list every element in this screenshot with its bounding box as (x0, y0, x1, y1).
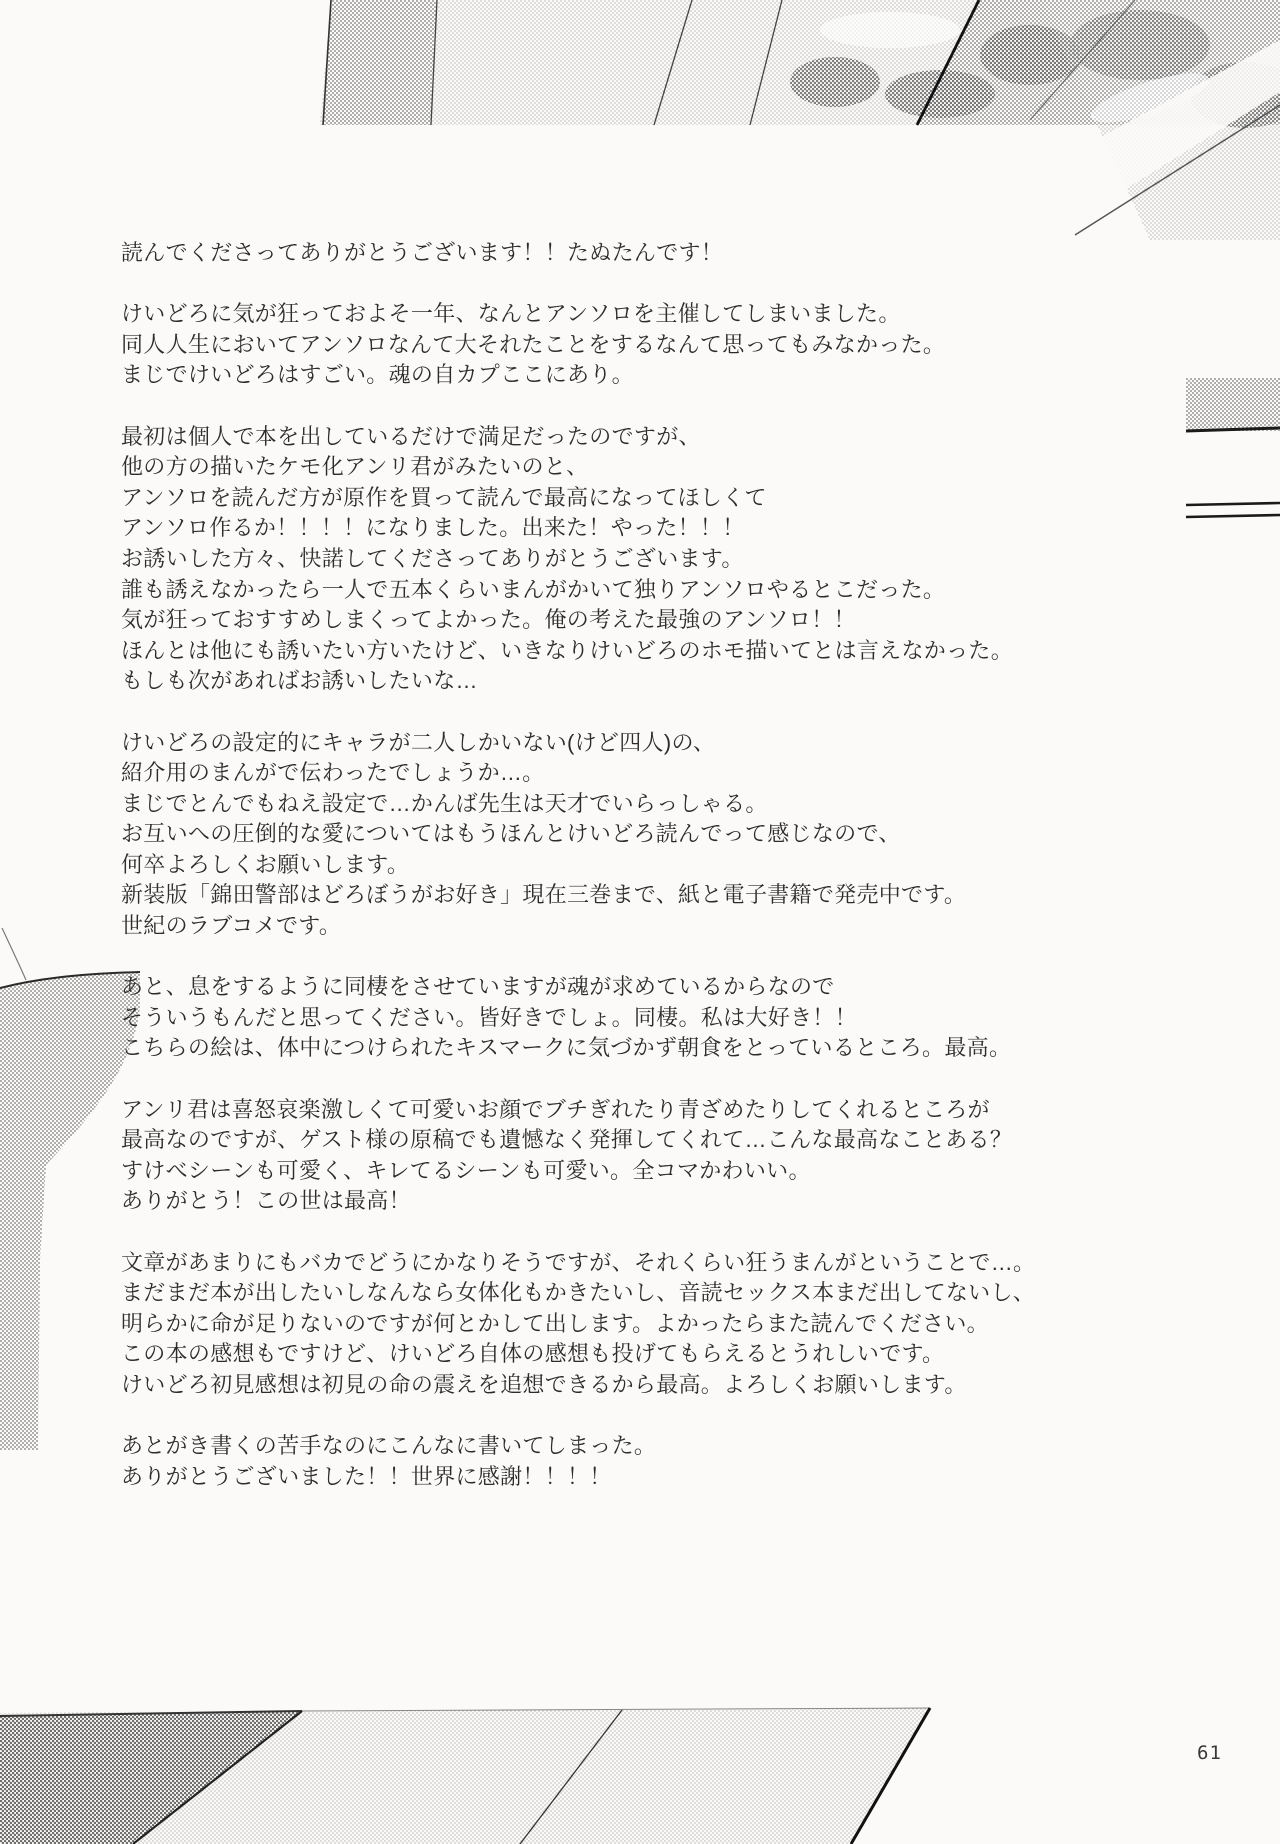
paragraph-greeting: 読んでくださってありがとうございます！！たぬたんです！ (121, 238, 1131, 269)
text-line: ありがとう！この世は最高！ (121, 1186, 1131, 1217)
paragraph-cohabitation: あと、息をするように同棲をさせていますが魂が求めているからなので そういうもんだ… (121, 972, 1131, 1064)
text-line: 世紀のラブコメです。 (121, 911, 1131, 942)
text-line: 明らかに命が足りないのですが何とかして出します。よかったらまた読んでください。 (121, 1309, 1131, 1340)
paragraph-future-plans: 文章があまりにもバカでどうにかなりそうですが、それくらい狂うまんがということで…… (121, 1248, 1131, 1401)
text-line: お互いへの圧倒的な愛についてはもうほんとけいどろ読んでって感じなので、 (121, 819, 1131, 850)
text-line: まじでけいどろはすごい。魂の自カプここにあり。 (121, 360, 1131, 391)
text-line: アンソロを読んだ方が原作を買って読んで最高になってほしくて (121, 483, 1131, 514)
paragraph-series-promo: けいどろの設定的にキャラが二人しかいない(けど四人)の、 紹介用のまんがで伝わっ… (121, 728, 1131, 942)
text-line: 誰も誘えなかったら一人で五本くらいまんがかいて独りアンソロやるとこだった。 (121, 575, 1131, 606)
text-line: 最初は個人で本を出しているだけで満足だったのですが、 (121, 422, 1131, 453)
text-line: けいどろに気が狂っておよそ一年、なんとアンソロを主催してしまいました。 (121, 299, 1131, 330)
left-edge-art (0, 928, 140, 1450)
text-line: アンソロ作るか！！！！になりました。出来た！やった！！！ (121, 513, 1131, 544)
text-line: アンリ君は喜怒哀楽激しくて可愛いお顔でブチぎれたり青ざめたりしてくれるところが (121, 1095, 1131, 1126)
text-line: すけべシーンも可愛く、キレてるシーンも可愛い。全コマかわいい。 (121, 1156, 1131, 1187)
text-line: 読んでくださってありがとうございます！！たぬたんです！ (121, 238, 1131, 269)
paragraph-closing: あとがき書くの苦手なのにこんなに書いてしまった。 ありがとうございました！！世界… (121, 1431, 1131, 1492)
text-line: お誘いした方々、快諾してくださってありがとうございます。 (121, 544, 1131, 575)
page-number: 61 (1197, 1742, 1222, 1764)
text-line: 気が狂っておすすめしまくってよかった。俺の考えた最強のアンソロ！！ (121, 605, 1131, 636)
text-line: もしも次があればお誘いしたいな… (121, 666, 1131, 697)
paragraph-intro: けいどろに気が狂っておよそ一年、なんとアンソロを主催してしまいました。 同人人生… (121, 299, 1131, 391)
text-line: ほんとは他にも誘いたい方いたけど、いきなりけいどろのホモ描いてとは言えなかった。 (121, 636, 1131, 667)
text-line: まだまだ本が出したいしなんなら女体化もかきたいし、音読セックス本まだ出してないし… (121, 1278, 1131, 1309)
paragraph-anthology-origin: 最初は個人で本を出しているだけで満足だったのですが、 他の方の描いたケモ化アンリ… (121, 422, 1131, 697)
text-line: 文章があまりにもバカでどうにかなりそうですが、それくらい狂うまんがということで…… (121, 1248, 1131, 1279)
text-line: ありがとうございました！！世界に感謝！！！！ (121, 1462, 1131, 1493)
text-line: この本の感想もですけど、けいどろ自体の感想も投げてもらえるとうれしいです。 (121, 1339, 1131, 1370)
text-line: 最高なのですが、ゲスト様の原稿でも遺憾なく発揮してくれて…こんな最高なことある？ (121, 1125, 1131, 1156)
top-band-art (320, 0, 1280, 132)
top-right-corner-art (1030, 0, 1280, 240)
text-line: けいどろ初見感想は初見の命の震えを追想できるから最高。よろしくお願いします。 (121, 1370, 1131, 1401)
text-line: 新装版「錦田警部はどろぼうがお好き」現在三巻まで、紙と電子書籍で発売中です。 (121, 880, 1131, 911)
text-line: 同人人生においてアンソロなんて大それたことをするなんて思ってもみなかった。 (121, 330, 1131, 361)
text-line: あとがき書くの苦手なのにこんなに書いてしまった。 (121, 1431, 1131, 1462)
text-line: あと、息をするように同棲をさせていますが魂が求めているからなので (121, 972, 1131, 1003)
text-line: こちらの絵は、体中につけられたキスマークに気づかず朝食をとっているところ。最高。 (121, 1033, 1131, 1064)
right-edge-art (1186, 378, 1280, 517)
afterword-text: 読んでくださってありがとうございます！！たぬたんです！ けいどろに気が狂っておよ… (121, 238, 1131, 1492)
text-line: 何卒よろしくお願いします。 (121, 850, 1131, 881)
afterword-page: 読んでくださってありがとうございます！！たぬたんです！ けいどろに気が狂っておよ… (0, 0, 1280, 1844)
text-line: 紹介用のまんがで伝わったでしょうか…。 (121, 758, 1131, 789)
text-line: けいどろの設定的にキャラが二人しかいない(けど四人)の、 (121, 728, 1131, 759)
paragraph-character-praise: アンリ君は喜怒哀楽激しくて可愛いお顔でブチぎれたり青ざめたりしてくれるところが … (121, 1095, 1131, 1217)
bottom-band-art (0, 1708, 930, 1844)
text-line: 他の方の描いたケモ化アンリ君がみたいのと、 (121, 452, 1131, 483)
text-line: まじでとんでもねえ設定で…かんば先生は天才でいらっしゃる。 (121, 789, 1131, 820)
text-line: そういうもんだと思ってください。皆好きでしょ。同棲。私は大好き！！ (121, 1003, 1131, 1034)
